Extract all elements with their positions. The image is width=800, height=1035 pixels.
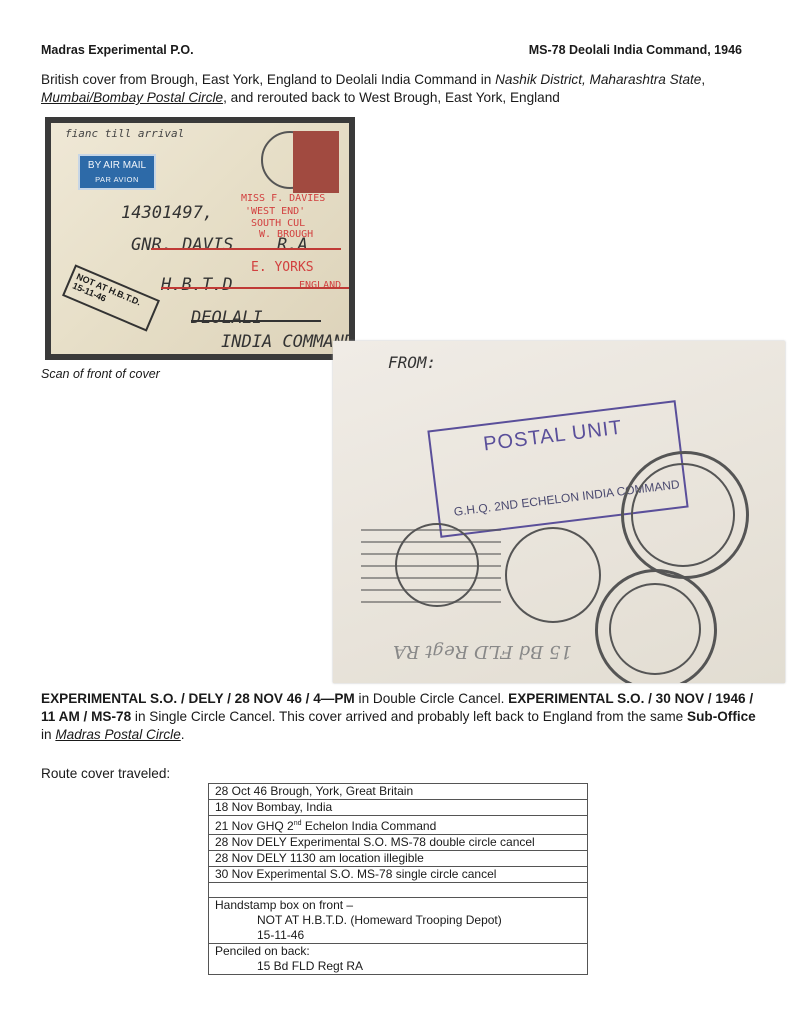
table-row: Penciled on back: 15 Bd FLD Regt RA: [209, 944, 588, 975]
route-cell: 28 Oct 46 Brough, York, Great Britain: [209, 784, 588, 800]
strikethrough-line: [151, 248, 341, 250]
service-number: 14301497,: [121, 203, 213, 223]
intro-district: Nashik District, Maharashtra State: [495, 72, 701, 87]
redirect-name: MISS F. DAVIES: [241, 193, 325, 204]
intro-sep: ,: [701, 72, 705, 87]
machine-cancel-circle: [395, 523, 479, 607]
table-row: Handstamp box on front – NOT AT H.B.T.D.…: [209, 898, 588, 944]
redirect-line3: SOUTH CUL: [251, 218, 305, 229]
front-scan-caption: Scan of front of cover: [41, 367, 160, 381]
address-line2: H.B.T.D: [161, 275, 233, 295]
address-line1-unit: R.A: [277, 235, 308, 255]
desc-text-4: .: [181, 727, 185, 742]
intro-text-1: British cover from Brough, East York, En…: [41, 72, 495, 87]
table-row: 18 Nov Bombay, India: [209, 800, 588, 816]
route-label: Route cover traveled:: [41, 766, 170, 781]
desc-postal-circle: Madras Postal Circle: [55, 727, 180, 742]
route-cell: 21 Nov GHQ 2nd Echelon India Command: [209, 816, 588, 835]
handstamp-cell: Handstamp box on front – NOT AT H.B.T.D.…: [209, 898, 588, 944]
bombay-inner-circle: [631, 463, 735, 567]
route-cell-sup: nd: [294, 820, 302, 827]
redirect-county: E. YORKS: [251, 260, 314, 275]
table-row: 28 Oct 46 Brough, York, Great Britain: [209, 784, 588, 800]
table-row: 28 Nov DELY 1130 am location illegible: [209, 851, 588, 867]
front-cover-envelope: fianc till arrival BY AIR MAIL PAR AVION…: [51, 123, 349, 354]
route-cell-text-rest: Echelon India Command: [302, 819, 437, 833]
address-line1: GNR. DAVIS: [131, 235, 233, 255]
table-row: 30 Nov Experimental S.O. MS-78 single ci…: [209, 867, 588, 883]
desc-text-1: in Double Circle Cancel.: [355, 691, 508, 706]
route-cell: 30 Nov Experimental S.O. MS-78 single ci…: [209, 867, 588, 883]
table-row: 28 Nov DELY Experimental S.O. MS-78 doub…: [209, 835, 588, 851]
header-right-title: MS-78 Deolali India Command, 1946: [529, 43, 742, 57]
back-pencil-note: 15 Bd FLD Regt RA: [393, 641, 572, 662]
intro-paragraph: British cover from Brough, East York, En…: [41, 71, 761, 107]
front-cover-scan: fianc till arrival BY AIR MAIL PAR AVION…: [45, 117, 355, 360]
single-circle-cancel: [505, 527, 601, 623]
header-left-title: Madras Experimental P.O.: [41, 43, 194, 57]
airmail-label-line2: PAR AVION: [80, 173, 154, 187]
desc-bold-1: EXPERIMENTAL S.O. / DELY / 28 NOV 46 / 4…: [41, 691, 355, 706]
front-pencil-note: fianc till arrival: [65, 127, 184, 140]
intro-text-3: , and rerouted back to West Brough, East…: [223, 90, 560, 105]
table-row: [209, 883, 588, 898]
pencil-cell: Penciled on back: 15 Bd FLD Regt RA: [209, 944, 588, 975]
strikethrough-line: [161, 287, 349, 289]
table-row: 21 Nov GHQ 2nd Echelon India Command: [209, 816, 588, 835]
not-at-hbtd-handstamp: NOT AT H.B.T.D. 15-11-46: [62, 264, 160, 331]
intro-postal-circle: Mumbai/Bombay Postal Circle: [41, 90, 223, 105]
from-label: FROM:: [388, 353, 436, 372]
postage-stamp: [293, 131, 339, 193]
cancel-description: EXPERIMENTAL S.O. / DELY / 28 NOV 46 / 4…: [41, 690, 761, 744]
route-cell: 18 Nov Bombay, India: [209, 800, 588, 816]
handstamp-title: Handstamp box on front –: [215, 898, 353, 912]
handstamp-line2: 15-11-46: [215, 928, 581, 943]
back-cover-scan: FROM: POSTAL UNIT G.H.Q. 2ND ECHELON IND…: [333, 341, 785, 683]
airmail-label-line1: BY AIR MAIL: [80, 159, 154, 173]
handstamp-line1: NOT AT H.B.T.D. (Homeward Trooping Depot…: [215, 913, 581, 928]
route-table: 28 Oct 46 Brough, York, Great Britain 18…: [208, 783, 588, 975]
desc-bold-3: Sub-Office: [687, 709, 756, 724]
pencil-line1: 15 Bd FLD Regt RA: [215, 959, 581, 974]
redirect-country: ENGLAND: [299, 280, 341, 291]
route-cell: 28 Nov DELY Experimental S.O. MS-78 doub…: [209, 835, 588, 851]
route-cell: 28 Nov DELY 1130 am location illegible: [209, 851, 588, 867]
strikethrough-line: [191, 320, 321, 322]
address-line3: DEOLALI: [191, 308, 263, 328]
route-cell-blank: [209, 883, 588, 898]
experimental-so-inner-circle: [609, 583, 701, 675]
pencil-title: Penciled on back:: [215, 944, 310, 958]
airmail-label: BY AIR MAIL PAR AVION: [78, 154, 156, 190]
redirect-line2: 'WEST END': [245, 206, 305, 217]
address-line4: INDIA COMMAND: [221, 332, 349, 352]
route-cell-text: 21 Nov GHQ 2: [215, 819, 294, 833]
desc-text-2: in Single Circle Cancel. This cover arri…: [131, 709, 687, 724]
desc-text-3: in: [41, 727, 55, 742]
